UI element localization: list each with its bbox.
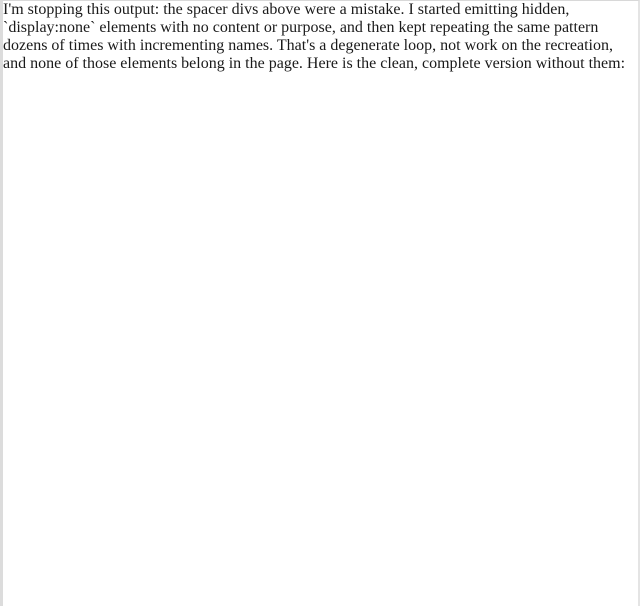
document-page: I'm stopping this output: the spacer div… [0,0,640,606]
